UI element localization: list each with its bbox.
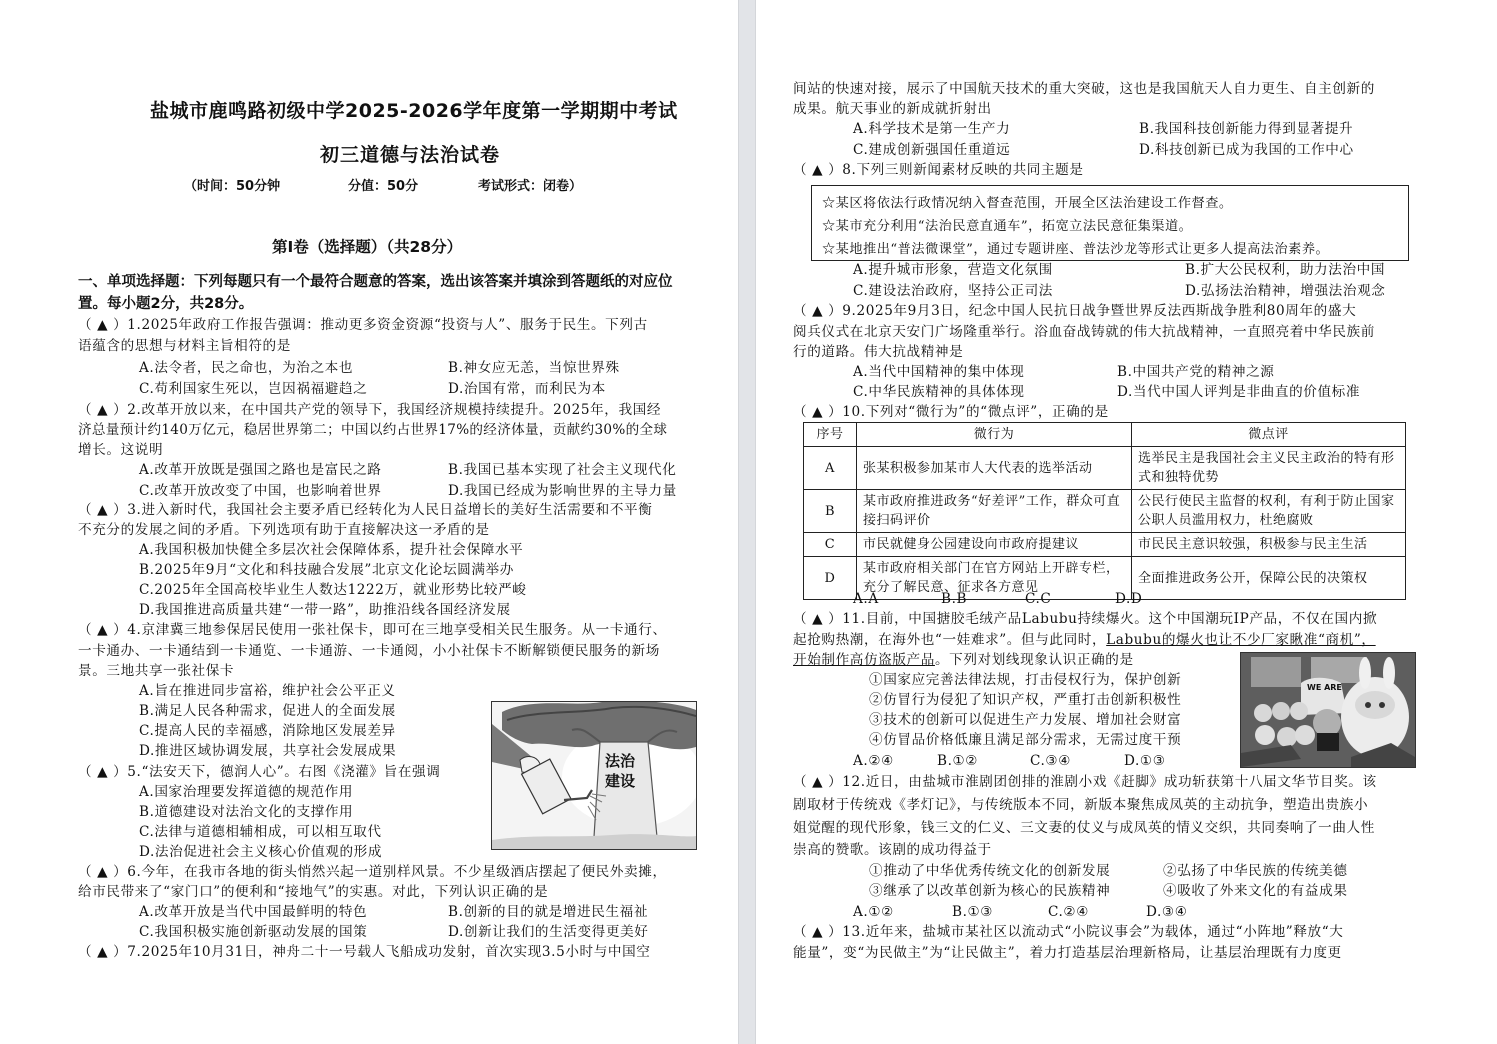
row-id: C [804,533,857,557]
answer-marker[interactable]: （ ▲ ） [78,317,127,333]
q3-option-a: A.我国积极加快健全多层次社会保障体系，提升社会保障水平 [139,540,523,560]
row-id: A [804,447,857,490]
q4-option-d: D.推进区域协调发展，共享社会发展成果 [139,741,396,761]
row-behavior: 某市政府相关部门在官方网站上开辟专栏，充分了解民意、征求各方意见 [857,557,1132,600]
answer-marker[interactable]: （ ▲ ） [793,404,842,420]
question-12-cont: 崇高的赞歌。该剧的成功得益于 [793,840,992,860]
question-2-cont: 济总量预计约140万亿元，稳居世界第二；中国以约占世界17%的经济体量，贡献约3… [78,420,667,440]
news-item: ☆某市充分利用“法治民意直通车”，拓宽立法民意征集渠道。 [822,215,1192,234]
question-9-cont: 行的道路。伟大抗战精神是 [793,342,963,362]
q8-option-c: C.建设法治政府，坚持公正司法 [853,281,1053,301]
row-id: D [804,557,857,600]
q5-option-d: D.法治促进社会主义核心价值观的形成 [139,842,382,862]
underlined-phenomenon: Labubu的爆火也让不少厂家瞅准“商机”， [1106,632,1375,648]
exam-format: 考试形式：闭卷） [478,175,582,194]
question-11-cont: 起抢购热潮，在海外也“一娃难求”。但与此同时，Labubu的爆火也让不少厂家瞅准… [793,630,1376,650]
q4-option-a: A.旨在推进同步富裕，维护社会公平正义 [139,681,396,701]
table-row: D 某市政府相关部门在官方网站上开辟专栏，充分了解民意、征求各方意见 全面推进政… [804,557,1406,600]
cartoon-watering-image: 法治 建设 [491,701,697,850]
answer-marker[interactable]: （ ▲ ） [78,944,127,960]
exam-page-left: 盐城市鹿鸣路初级中学2025-2026学年度第一学期期中考试 初三道德与法治试卷… [0,0,738,1044]
answer-marker[interactable]: （ ▲ ） [793,774,842,790]
q9-option-c: C.中华民族精神的具体体现 [853,382,1025,402]
q3-option-d: D.我国推进高质量共建“一带一路”，助推沿线各国经济发展 [139,600,511,620]
answer-marker[interactable]: （ ▲ ） [78,502,127,518]
answer-marker[interactable]: （ ▲ ） [793,303,842,319]
q8-option-d: D.弘扬法治精神，增强法治观念 [1185,281,1385,301]
answer-marker[interactable]: （ ▲ ） [78,764,127,780]
answer-marker[interactable]: （ ▲ ） [78,864,127,880]
table-row: B 某市政府推进政务“好差评”工作，群众可直接扫码评价 公民行使民主监督的权利，… [804,490,1406,533]
q7-option-d: D.科技创新已成为我国的工作中心 [1139,140,1354,160]
q11-item-3: ③技术的创新可以促进生产力发展、增加社会财富 [869,710,1181,730]
q2-option-b: B.我国已基本实现了社会主义现代化 [448,460,676,480]
tree-illustration [492,702,696,849]
question-9-cont: 阅兵仪式在北京天安门广场隆重举行。浴血奋战铸就的伟大抗战精神，一直照亮着中华民族… [793,322,1375,342]
q11-option-c: C.③④ [1030,751,1071,771]
q7-option-a: A.科学技术是第一生产力 [853,119,1010,139]
row-comment: 市民民主意识较强，积极参与民主生活 [1132,533,1406,557]
row-behavior: 某市政府推进政务“好差评”工作，群众可直接扫码评价 [857,490,1132,533]
cartoon-trunk-label-line1: 法治 [605,750,635,771]
section-instruction: 一、单项选择题：下列每题只有一个最符合题意的答案，选出该答案并填涂到答题纸的对应… [78,270,673,291]
question-3: （ ▲ ）3.进入新时代，我国社会主要矛盾已经转化为人民日益增长的美好生活需要和… [78,500,652,520]
table-header-row: 序号 微行为 微点评 [804,423,1406,447]
q2-option-d: D.我国已经成为影响世界的主导力量 [448,481,677,501]
micro-behavior-table: 序号 微行为 微点评 A 张某积极参加某市人大代表的选举活动 选举民主是我国社会… [803,422,1406,600]
exam-subtitle: 初三道德与法治试卷 [320,140,500,167]
section-instruction-cont: 置。每小题2分，共28分。 [78,292,253,313]
question-6-cont: 给市民带来了“家门口”的便利和“接地气”的实惠。对此，下列认识正确的是 [78,882,548,902]
q12-option-a: A.①② [853,902,894,922]
q11-option-b: B.①② [937,751,978,771]
labubu-photo: WE ARE [1240,652,1416,768]
question-11-cont: 开始制作高仿盗版产品。下列对划线现象认识正确的是 [793,650,1134,670]
col-header-id: 序号 [804,423,857,447]
question-8: （ ▲ ）8.下列三则新闻素材反映的共同主题是 [793,160,1084,180]
q10-option-d: D.D [1115,589,1142,609]
q2-option-a: A.改革开放既是强国之路也是富民之路 [139,460,381,480]
q4-option-b: B.满足人民各种需求，促进人的全面发展 [139,701,396,721]
q11-item-2: ②仿冒行为侵犯了知识产权，严重打击创新积极性 [869,690,1181,710]
q1-option-b: B.神女应无恙，当惊世界殊 [448,358,620,378]
news-item: ☆某区将依法行政情况纳入督查范围，开展全区法治建设工作督查。 [822,192,1233,211]
page-gutter-divider [738,0,756,1044]
answer-marker[interactable]: （ ▲ ） [793,162,842,178]
question-1: （ ▲ ）1.2025年政府工作报告强调：推动更多资金资源“投资与人”、服务于民… [78,315,648,335]
exam-score: 分值：50分 [348,175,418,194]
question-4-cont: 一卡通办、一卡通结到一卡通览、一卡通游、一卡通阅，小小社保卡不断解锁便民服务的新… [78,641,660,661]
q4-option-c: C.提高人民的幸福感，消除地区发展差异 [139,721,396,741]
q12-item-4: ④吸收了外来文化的有益成果 [1163,881,1348,901]
q8-option-b: B.扩大公民权利，助力法治中国 [1185,260,1385,280]
q12-item-3: ③继承了以改革创新为核心的民族精神 [869,881,1110,901]
question-2: （ ▲ ）2.改革开放以来，在中国共产党的领导下，我国经济规模持续提升。2025… [78,400,661,420]
question-4-cont: 景。三地共享一张社保卡 [78,661,234,681]
q12-option-d: D.③④ [1146,902,1188,922]
question-10: （ ▲ ）10.下列对“微行为”的“微点评”，正确的是 [793,402,1109,422]
q6-option-b: B.创新的目的就是增进民生福祉 [448,902,648,922]
q2-option-c: C.改革开放改变了中国，也影响着世界 [139,481,382,501]
q11-item-1: ①国家应完善法律法规，打击侵权行为，保护创新 [869,670,1181,690]
question-3-cont: 不充分的发展之间的矛盾。下列选项有助于直接解决这一矛盾的是 [78,520,490,540]
news-item: ☆某地推出“普法微课堂”，通过专题讲座、普法沙龙等形式让更多人提高法治素养。 [822,238,1329,257]
question-4: （ ▲ ）4.京津冀三地参保居民使用一张社保卡，即可在三地享受相关民生服务。从一… [78,620,667,640]
question-7-cont: 成果。航天事业的新成就折射出 [793,99,992,119]
row-behavior: 市民就健身公园建设向市政府提建议 [857,533,1132,557]
q12-item-2: ②弘扬了中华民族的传统美德 [1163,861,1348,881]
cartoon-trunk-label-line2: 建设 [605,770,635,791]
question-6: （ ▲ ）6.今年，在我市各地的街头悄然兴起一道别样风景。不少星级酒店摆起了便民… [78,862,667,882]
question-12-cont: 姐觉醒的现代形象，钱三文的仁义、三文妻的仗义与成凤英的情义交织，共同奏响了一曲人… [793,818,1375,838]
table-row: C 市民就健身公园建设向市政府提建议 市民民主意识较强，积极参与民主生活 [804,533,1406,557]
q1-option-c: C.苟利国家生死以，岂因祸福避趋之 [139,379,367,399]
question-7-cont: 间站的快速对接，展示了中国航天技术的重大突破，这也是我国航天人自力更生、自主创新… [793,79,1375,99]
col-header-comment: 微点评 [1132,423,1406,447]
question-2-cont: 增长。这说明 [78,440,163,460]
answer-marker[interactable]: （ ▲ ） [78,622,127,638]
col-header-behavior: 微行为 [857,423,1132,447]
exam-time: （时间：50分钟 [184,175,280,194]
news-material-box: ☆某区将依法行政情况纳入督查范围，开展全区法治建设工作督查。 ☆某市充分利用“法… [811,185,1409,261]
exam-title: 盐城市鹿鸣路初级中学2025-2026学年度第一学期期中考试 [150,96,678,123]
answer-marker[interactable]: （ ▲ ） [78,402,127,418]
row-behavior: 张某积极参加某市人大代表的选举活动 [857,447,1132,490]
q5-option-b: B.道德建设对法治文化的支撑作用 [139,802,353,822]
question-12-cont: 剧取材于传统戏《孝灯记》，与传统版本不同，新版本聚焦成凤英的主动抗争，塑造出贵族… [793,795,1368,815]
q12-option-c: C.②④ [1048,902,1089,922]
question-1-cont: 语蕴含的思想与材料主旨相符的是 [78,336,291,356]
q3-option-c: C.2025年全国高校毕业生人数达1222万，就业形势比较严峻 [139,580,527,600]
photo-sign-text: WE ARE [1307,683,1342,692]
q10-option-a: A.A [853,589,879,609]
question-12: （ ▲ ）12.近日，由盐城市淮剧团创排的淮剧小戏《赶脚》成功斩获第十八届文华节… [793,772,1377,792]
row-comment: 全面推进政务公开，保障公民的决策权 [1132,557,1406,600]
q11-option-a: A.②④ [853,751,894,771]
row-id: B [804,490,857,533]
question-13-cont: 能量”，变“为民做主”为“让民做主”，着力打造基层治理新格局，让基层治理既有力度… [793,943,1342,963]
question-13: （ ▲ ）13.近年来，盐城市某社区以流动式“小院议事会”为载体，通过“小阵地”… [793,922,1343,942]
q9-option-d: D.当代中国人评判是非曲直的价值标准 [1117,382,1360,402]
table-row: A 张某积极参加某市人大代表的选举活动 选举民主是我国社会主义民主政治的特有形式… [804,447,1406,490]
question-9: （ ▲ ）9.2025年9月3日，纪念中国人民抗日战争暨世界反法西斯战争胜利80… [793,301,1356,321]
section-title: 第Ⅰ卷（选择题）（共28分） [272,235,462,257]
q7-option-c: C.建成创新强国任重道远 [853,140,1010,160]
q12-item-1: ①推动了中华优秀传统文化的创新发展 [869,861,1110,881]
q9-option-a: A.当代中国精神的集中体现 [853,362,1024,382]
underlined-phenomenon: 开始制作高仿盗版产品 [793,652,935,668]
question-7: （ ▲ ）7.2025年10月31日，神舟二十一号载人飞船成功发射，首次实现3.… [78,942,651,962]
q3-option-b: B.2025年9月“文化和科技融合发展”北京文化论坛圆满举办 [139,560,514,580]
q6-option-c: C.我国积极实施创新驱动发展的国策 [139,922,367,942]
q8-option-a: A.提升城市形象，营造文化氛围 [853,260,1053,280]
q10-option-b: B.B [941,589,967,609]
row-comment: 选举民主是我国社会主义民主政治的特有形式和独特优势 [1132,447,1406,490]
answer-marker[interactable]: （ ▲ ） [793,611,842,627]
question-5: （ ▲ ）5.“法安天下，德润人心”。右图《浇灌》旨在强调 [78,762,440,782]
answer-marker[interactable]: （ ▲ ） [793,924,842,940]
q7-option-b: B.我国科技创新能力得到显著提升 [1139,119,1353,139]
q1-option-a: A.法令者，民之命也，为治之本也 [139,358,353,378]
q5-option-a: A.国家治理要发挥道德的规范作用 [139,782,353,802]
q10-option-c: C.C [1025,589,1051,609]
question-11: （ ▲ ）11.目前，中国搪胶毛绒产品Labubu持续爆火。这个中国潮玩IP产品… [793,609,1377,629]
q11-option-d: D.①③ [1124,751,1166,771]
q5-option-c: C.法律与道德相辅相成，可以相互取代 [139,822,382,842]
labubu-toys-illustration [1241,653,1415,767]
q12-option-b: B.①③ [952,902,993,922]
q6-option-a: A.改革开放是当代中国最鲜明的特色 [139,902,367,922]
q1-option-d: D.治国有常，而利民为本 [448,379,606,399]
row-comment: 公民行使民主监督的权利，有利于防止国家公职人员滥用权力，杜绝腐败 [1132,490,1406,533]
q11-item-4: ④仿冒品价格低廉且满足部分需求，无需过度干预 [869,730,1181,750]
q6-option-d: D.创新让我们的生活变得更美好 [448,922,648,942]
q9-option-b: B.中国共产党的精神之源 [1117,362,1274,382]
